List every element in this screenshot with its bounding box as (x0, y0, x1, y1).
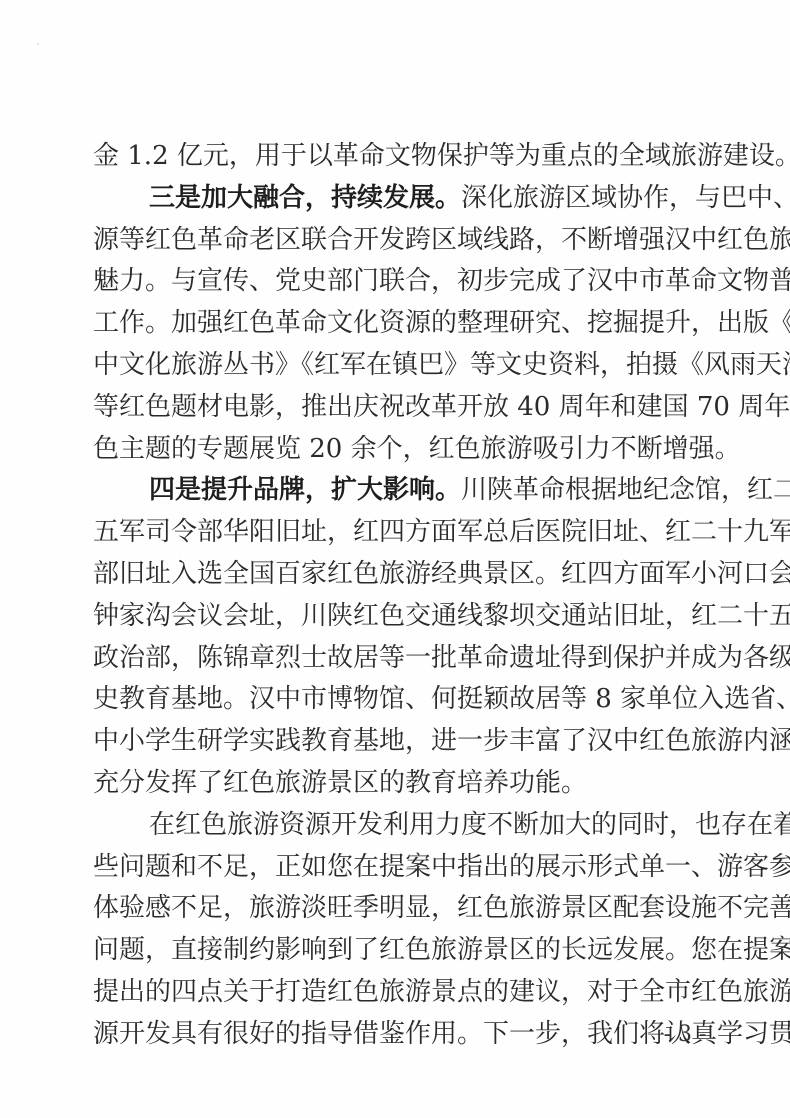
paragraph-3-start: 三是加大融合，持续发展。深化旅游区域协作，与巴中、万 (93, 178, 705, 220)
document-page: 金 1.2 亿元，用于以革命文物保护等为重点的全域旅游建设。 三是加大融合，持续… (0, 0, 790, 1118)
line-text: 中文化旅游丛书》《红军在镇巴》等文史资料，拍摄《风雨天池寺》 (93, 350, 790, 380)
text-line: 色主题的专题展览 20 余个，红色旅游吸引力不断增强。 (93, 429, 705, 471)
line-text: 魅力。与宣传、党史部门联合，初步完成了汉中市革命文物普查 (93, 266, 790, 296)
text-line: 体验感不足，旅游淡旺季明显，红色旅游景区配套设施不完善等 (93, 888, 705, 930)
page-number: - 3 - (640, 1022, 730, 1047)
paragraph-5-start: 在红色旅游资源开发利用力度不断加大的同时，也存在着一 (93, 805, 705, 847)
text-line: 些问题和不足，正如您在提案中指出的展示形式单一、游客参与 (93, 847, 705, 889)
scan-artifact (37, 43, 39, 45)
body-text: 金 1.2 亿元，用于以革命文物保护等为重点的全域旅游建设。 三是加大融合，持续… (93, 136, 705, 1056)
paragraph-4-start: 四是提升品牌，扩大影响。川陕革命根据地纪念馆，红二十 (93, 470, 705, 512)
section-heading-3: 三是加大融合，持续发展。 (149, 183, 461, 213)
text-line: 工作。加强红色革命文化资源的整理研究、挖掘提升，出版《汉 (93, 303, 705, 345)
text-line: 中文化旅游丛书》《红军在镇巴》等文史资料，拍摄《风雨天池寺》 (93, 345, 705, 387)
text-line: 问题，直接制约影响到了红色旅游景区的长远发展。您在提案中 (93, 930, 705, 972)
text-line: 源开发具有很好的指导借鉴作用。下一步，我们将认真学习贯彻 (93, 1014, 705, 1056)
line-text: 充分发挥了红色旅游景区的教育培养功能。 (93, 768, 587, 798)
text-line: 钟家沟会议会址，川陕红色交通线黎坝交通站旧址，红二十五军 (93, 596, 705, 638)
section-heading-4: 四是提升品牌，扩大影响。 (149, 475, 461, 505)
line-text: 部旧址入选全国百家红色旅游经典景区。红四方面军小河口会议、 (93, 559, 790, 589)
line-text: 政治部，陈锦章烈士故居等一批革命遗址得到保护并成为各级党 (93, 643, 790, 673)
text-line: 魅力。与宣传、党史部门联合，初步完成了汉中市革命文物普查 (93, 261, 705, 303)
text-line: 五军司令部华阳旧址，红四方面军总后医院旧址、红二十九军军 (93, 512, 705, 554)
text-line: 金 1.2 亿元，用于以革命文物保护等为重点的全域旅游建设。 (93, 136, 705, 178)
line-text: 体验感不足，旅游淡旺季明显，红色旅游景区配套设施不完善等 (93, 893, 790, 923)
line-text: 些问题和不足，正如您在提案中指出的展示形式单一、游客参与 (93, 852, 790, 882)
text-line: 等红色题材电影，推出庆祝改革开放 40 周年和建国 70 周年等红 (93, 387, 705, 429)
line-text: 问题，直接制约影响到了红色旅游景区的长远发展。您在提案中 (93, 935, 790, 965)
line-text: 在红色旅游资源开发利用力度不断加大的同时，也存在着一 (149, 810, 790, 840)
line-text: 提出的四点关于打造红色旅游景点的建议，对于全市红色旅游资 (93, 977, 790, 1007)
line-text: 深化旅游区域协作，与巴中、万 (461, 183, 790, 213)
text-line: 中小学生研学实践教育基地，进一步丰富了汉中红色旅游内涵， (93, 721, 705, 763)
line-text: 金 1.2 亿元，用于以革命文物保护等为重点的全域旅游建设。 (93, 141, 790, 171)
line-text: 五军司令部华阳旧址，红四方面军总后医院旧址、红二十九军军 (93, 517, 790, 547)
line-text: 工作。加强红色革命文化资源的整理研究、挖掘提升，出版《汉 (93, 308, 790, 338)
text-line: 政治部，陈锦章烈士故居等一批革命遗址得到保护并成为各级党 (93, 638, 705, 680)
text-line: 充分发挥了红色旅游景区的教育培养功能。 (93, 763, 705, 805)
line-text: 川陕革命根据地纪念馆，红二十 (461, 475, 790, 505)
line-text: 色主题的专题展览 20 余个，红色旅游吸引力不断增强。 (93, 434, 741, 464)
text-line: 提出的四点关于打造红色旅游景点的建议，对于全市红色旅游资 (93, 972, 705, 1014)
line-text: 中小学生研学实践教育基地，进一步丰富了汉中红色旅游内涵， (93, 726, 790, 756)
text-line: 源等红色革命老区联合开发跨区域线路，不断增强汉中红色旅游 (93, 220, 705, 262)
text-line: 部旧址入选全国百家红色旅游经典景区。红四方面军小河口会议、 (93, 554, 705, 596)
text-line: 史教育基地。汉中市博物馆、何挺颖故居等 8 家单位入选省、市 (93, 679, 705, 721)
line-text: 等红色题材电影，推出庆祝改革开放 40 周年和建国 70 周年等红 (93, 392, 790, 422)
line-text: 史教育基地。汉中市博物馆、何挺颖故居等 8 家单位入选省、市 (93, 684, 790, 714)
line-text: 源等红色革命老区联合开发跨区域线路，不断增强汉中红色旅游 (93, 225, 790, 255)
line-text: 钟家沟会议会址，川陕红色交通线黎坝交通站旧址，红二十五军 (93, 601, 790, 631)
